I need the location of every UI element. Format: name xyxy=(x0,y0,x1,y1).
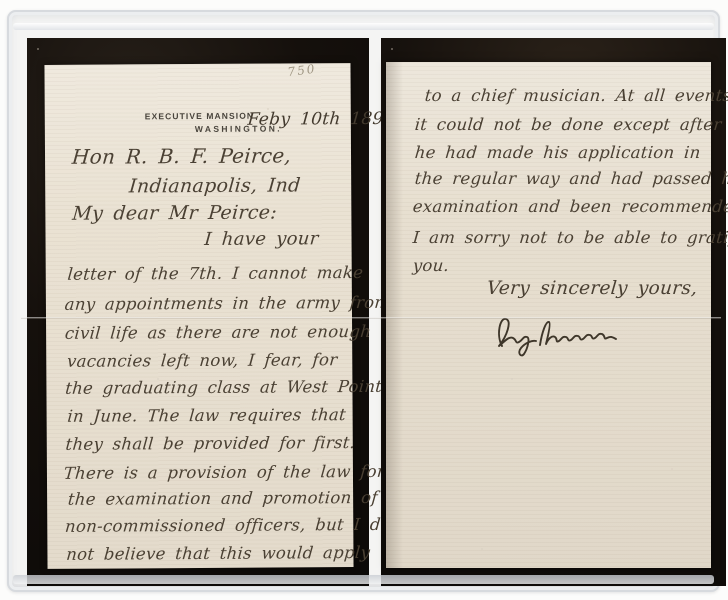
handwriting-line: they shall be provided for first. xyxy=(65,433,356,454)
plastic-sleeve: 750 EXECUTIVE MANSION. WASHINGTON. Feby … xyxy=(7,10,720,592)
handwriting-line: non-commissioned officers, but I do xyxy=(64,515,391,536)
handwriting-line: examination and been recommended. xyxy=(412,197,728,216)
handwriting-line: the regular way and had passed his xyxy=(414,169,728,188)
handwriting-line: to a chief musician. At all events xyxy=(424,86,728,105)
letter-page-2: to a chief musician. At all events it co… xyxy=(386,62,711,568)
handwritten-date: Feby 10th 1893 xyxy=(247,109,396,130)
handwriting-line: civil life as there are not enough xyxy=(64,322,372,343)
handwriting-line: any appointments in the army from xyxy=(64,293,391,314)
recipient-city-line: Indianapolis, Ind xyxy=(128,174,301,197)
black-mat-right: to a chief musician. At all events it co… xyxy=(381,38,726,586)
black-mat-left: 750 EXECUTIVE MANSION. WASHINGTON. Feby … xyxy=(27,38,369,586)
handwriting-line: letter of the 7th. I cannot make xyxy=(67,263,364,284)
handwriting-line: There is a provision of the law for xyxy=(63,462,386,483)
handwriting-line: vacancies left now, I fear, for xyxy=(66,350,338,371)
recipient-name-line: Hon R. B. F. Peirce, xyxy=(71,143,292,168)
handwriting-line: the examination and promotion of xyxy=(67,488,378,509)
handwriting-line: you. xyxy=(412,256,450,275)
letterhead-executive-mansion: EXECUTIVE MANSION. xyxy=(145,111,258,122)
fold-crease xyxy=(21,317,721,319)
handwriting-line: the graduating class at West Point xyxy=(64,377,383,398)
photo-of-letter: 750 EXECUTIVE MANSION. WASHINGTON. Feby … xyxy=(0,0,728,600)
handwriting-line: not believe that this would apply xyxy=(66,543,371,564)
letter-page-1: 750 EXECUTIVE MANSION. WASHINGTON. Feby … xyxy=(44,63,353,569)
handwriting-line: I am sorry not to be able to gratify xyxy=(412,228,728,247)
handwriting-line: he had made his application in xyxy=(414,143,701,162)
pencil-notation: 750 xyxy=(287,62,317,80)
salutation-line: My dear Mr Peirce: xyxy=(71,202,277,225)
closing-line: Very sincerely yours, xyxy=(486,278,698,299)
handwriting-line: in June. The law requires that xyxy=(67,405,347,426)
handwriting-line: it could not be done except after xyxy=(414,115,722,134)
handwriting-line: I have your xyxy=(204,228,320,250)
